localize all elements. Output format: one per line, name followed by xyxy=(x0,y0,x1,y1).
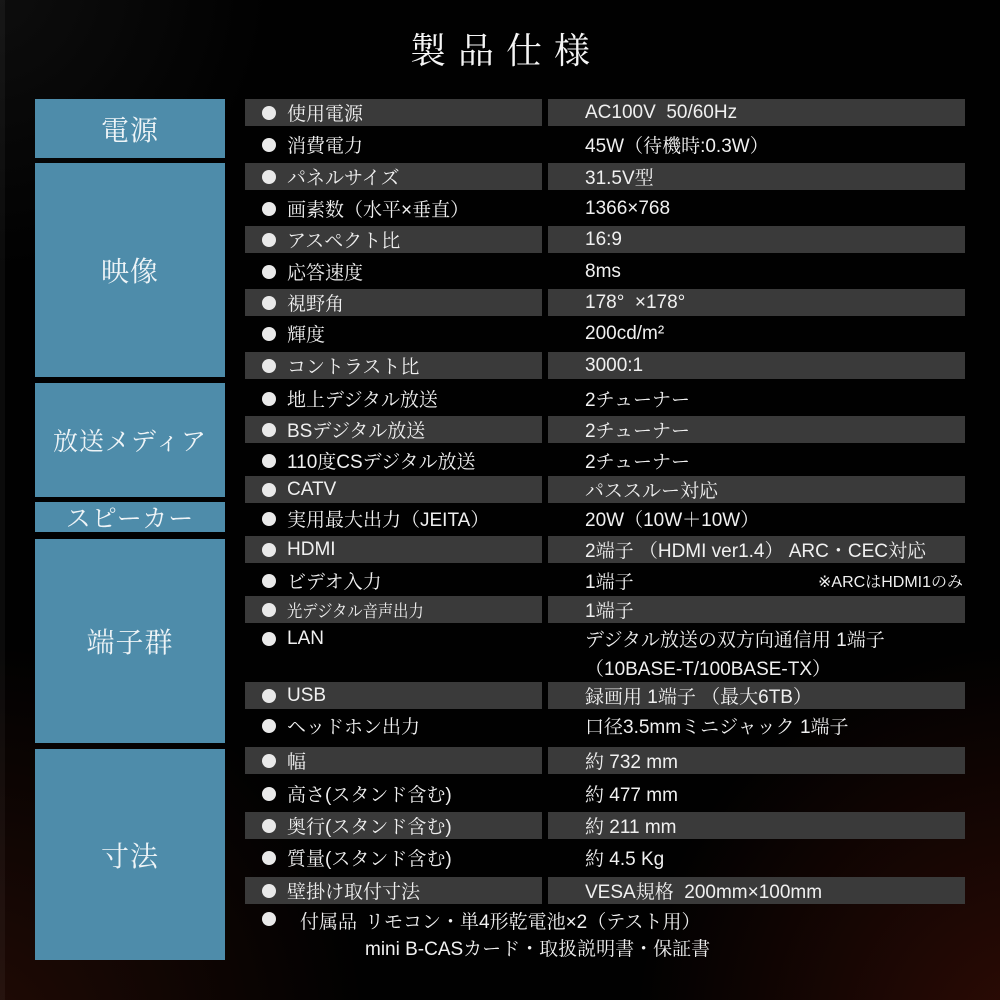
spec-row: USB録画用 1端子 （最大6TB） xyxy=(0,682,1000,709)
spec-label: BSデジタル放送 xyxy=(287,416,425,443)
spec-label-cell: パネルサイズ xyxy=(245,163,399,190)
spec-label-cell: 応答速度 xyxy=(245,258,363,285)
spec-row: 使用電源AC100V 50/60Hz xyxy=(0,99,1000,126)
spec-label-cell: 実用最大出力（JEITA） xyxy=(245,505,489,532)
spec-label: 光デジタル音声出力 xyxy=(287,597,424,622)
spec-row: アスペクト比16:9 xyxy=(0,226,1000,253)
spec-label: ビデオ入力 xyxy=(287,567,382,594)
spec-row: コントラスト比3000:1 xyxy=(0,352,1000,379)
accessory-row: 付属品 リモコン・単4形乾電池×2（テスト用） mini B-CASカード・取扱… xyxy=(0,906,1000,966)
spec-label-cell: 質量(スタンド含む) xyxy=(245,844,452,871)
spec-value: 約 477 mm xyxy=(585,780,678,807)
bullet-icon xyxy=(262,787,276,801)
bullet-icon xyxy=(262,483,276,497)
spec-value: 録画用 1端子 （最大6TB） xyxy=(585,682,812,709)
bullet-icon xyxy=(262,851,276,865)
spec-label: 110度CSデジタル放送 xyxy=(287,447,476,474)
spec-label: アスペクト比 xyxy=(287,226,400,253)
spec-note: ※ARCはHDMI1のみ xyxy=(818,567,963,594)
bullet-icon xyxy=(262,359,276,373)
bullet-icon xyxy=(262,138,276,152)
spec-row: ヘッドホン出力口径3.5mmミニジャック 1端子 xyxy=(0,712,1000,739)
spec-label-cell: 使用電源 xyxy=(245,99,363,126)
spec-row: 消費電力45W（待機時:0.3W） xyxy=(0,131,1000,158)
spec-value: 2チューナー xyxy=(585,447,690,474)
spec-row: パネルサイズ31.5V型 xyxy=(0,163,1000,190)
spec-value: AC100V 50/60Hz xyxy=(585,99,737,126)
spec-row: 高さ(スタンド含む)約 477 mm xyxy=(0,780,1000,807)
spec-label-cell: CATV xyxy=(245,476,336,503)
spec-value: 31.5V型 xyxy=(585,163,654,190)
bullet-icon xyxy=(262,423,276,437)
bullet-icon xyxy=(262,632,276,646)
spec-row: ビデオ入力1端子※ARCはHDMI1のみ xyxy=(0,567,1000,594)
spec-value: 45W（待機時:0.3W） xyxy=(585,131,769,158)
spec-row: 幅約 732 mm xyxy=(0,747,1000,774)
bullet-icon xyxy=(262,454,276,468)
spec-label: CATV xyxy=(287,479,336,501)
spec-value: デジタル放送の双方向通信用 1端子 xyxy=(585,625,885,652)
spec-label: 高さ(スタンド含む) xyxy=(287,780,452,807)
bullet-icon xyxy=(262,719,276,733)
spec-label: 質量(スタンド含む) xyxy=(287,844,452,871)
spec-row: 110度CSデジタル放送2チューナー xyxy=(0,447,1000,474)
spec-row: 奥行(スタンド含む)約 211 mm xyxy=(0,812,1000,839)
spec-row: 光デジタル音声出力1端子 xyxy=(0,596,1000,623)
spec-row: BSデジタル放送2チューナー xyxy=(0,416,1000,443)
bullet-icon xyxy=(262,106,276,120)
spec-value: 8ms xyxy=(585,258,621,285)
spec-value: 1端子 xyxy=(585,567,634,594)
spec-value: 2チューナー xyxy=(585,416,690,443)
spec-row: HDMI2端子 （HDMI ver1.4） ARC・CEC対応 xyxy=(0,536,1000,563)
spec-label: パネルサイズ xyxy=(287,163,399,190)
spec-label: 実用最大出力（JEITA） xyxy=(287,505,489,532)
spec-value: 約 732 mm xyxy=(585,747,678,774)
accessory-line1: リモコン・単4形乾電池×2（テスト用） xyxy=(365,907,700,934)
spec-value: 16:9 xyxy=(585,226,622,253)
spec-label-cell: USB xyxy=(245,682,326,709)
spec-value: 約 4.5 Kg xyxy=(585,844,664,871)
bullet-icon xyxy=(262,512,276,526)
spec-row: CATVパススルー対応 xyxy=(0,476,1000,503)
page-title: 製品仕様 xyxy=(0,28,1000,74)
spec-label-cell: 110度CSデジタル放送 xyxy=(245,447,476,474)
spec-value: 1端子 xyxy=(585,596,634,623)
spec-label: ヘッドホン出力 xyxy=(287,712,420,739)
spec-label: 使用電源 xyxy=(287,99,363,126)
spec-label: HDMI xyxy=(287,539,336,561)
bullet-icon xyxy=(262,819,276,833)
spec-row: 応答速度8ms xyxy=(0,258,1000,285)
spec-value: VESA規格 200mm×100mm xyxy=(585,877,822,904)
spec-label-cell: 輝度 xyxy=(245,320,325,347)
spec-label-cell: 視野角 xyxy=(245,289,344,316)
spec-label: 奥行(スタンド含む) xyxy=(287,812,452,839)
accessory-line2: mini B-CASカード・取扱説明書・保証書 xyxy=(365,934,710,961)
spec-label: 消費電力 xyxy=(287,131,363,158)
spec-value: 3000:1 xyxy=(585,352,643,379)
spec-label-cell: BSデジタル放送 xyxy=(245,416,425,443)
spec-value: 2チューナー xyxy=(585,385,690,412)
bullet-icon xyxy=(262,543,276,557)
spec-row: LANデジタル放送の双方向通信用 1端子（10BASE-T/100BASE-TX… xyxy=(0,625,1000,652)
bullet-icon xyxy=(262,265,276,279)
spec-row: 視野角178° ×178° xyxy=(0,289,1000,316)
accessory-label: 付属品 xyxy=(300,907,357,934)
spec-value: 約 211 mm xyxy=(585,812,677,839)
spec-label: 視野角 xyxy=(287,289,344,316)
spec-label: 幅 xyxy=(287,747,306,774)
spec-label-cell: 光デジタル音声出力 xyxy=(245,596,439,623)
spec-label-cell: 地上デジタル放送 xyxy=(245,385,438,412)
spec-value: パススルー対応 xyxy=(585,476,718,503)
bullet-icon xyxy=(262,912,276,926)
bullet-icon xyxy=(262,392,276,406)
bullet-icon xyxy=(262,689,276,703)
spec-row: 画素数（水平×垂直）1366×768 xyxy=(0,195,1000,222)
spec-sheet: 製品仕様 電源映像放送メディアスピーカー端子群寸法 使用電源AC100V 50/… xyxy=(0,0,1000,1000)
spec-label: USB xyxy=(287,685,326,707)
spec-row: 質量(スタンド含む)約 4.5 Kg xyxy=(0,844,1000,871)
spec-label: 応答速度 xyxy=(287,258,363,285)
spec-label: 地上デジタル放送 xyxy=(287,385,438,412)
spec-value-line2: （10BASE-T/100BASE-TX） xyxy=(585,654,831,681)
spec-label-cell: コントラスト比 xyxy=(245,352,419,379)
bullet-icon xyxy=(262,202,276,216)
spec-value: 200cd/m² xyxy=(585,320,664,347)
spec-value: 20W（10W＋10W） xyxy=(585,505,759,532)
spec-label: 画素数（水平×垂直） xyxy=(287,195,469,222)
bullet-icon xyxy=(262,170,276,184)
spec-label-cell: 画素数（水平×垂直） xyxy=(245,195,469,222)
spec-value: 1366×768 xyxy=(585,195,670,222)
bullet-icon xyxy=(262,233,276,247)
bullet-icon xyxy=(262,327,276,341)
bullet-icon xyxy=(262,884,276,898)
spec-row: 壁掛け取付寸法VESA規格 200mm×100mm xyxy=(0,877,1000,904)
spec-label: LAN xyxy=(287,628,324,650)
spec-label: 壁掛け取付寸法 xyxy=(287,877,420,904)
bullet-icon xyxy=(262,603,276,617)
spec-row: 輝度200cd/m² xyxy=(0,320,1000,347)
bullet-icon xyxy=(262,754,276,768)
spec-label-cell: 奥行(スタンド含む) xyxy=(245,812,452,839)
spec-label-cell: ビデオ入力 xyxy=(245,567,382,594)
spec-label-cell: LAN xyxy=(245,625,324,652)
spec-value: 口径3.5mmミニジャック 1端子 xyxy=(585,712,849,739)
spec-label: 輝度 xyxy=(287,320,325,347)
spec-label-cell: ヘッドホン出力 xyxy=(245,712,420,739)
spec-row: 地上デジタル放送2チューナー xyxy=(0,385,1000,412)
spec-label-cell: 高さ(スタンド含む) xyxy=(245,780,452,807)
spec-label-cell: 幅 xyxy=(245,747,306,774)
spec-label: コントラスト比 xyxy=(287,352,419,379)
bullet-icon xyxy=(262,574,276,588)
bullet-icon xyxy=(262,296,276,310)
spec-label-cell: アスペクト比 xyxy=(245,226,400,253)
spec-value: 2端子 （HDMI ver1.4） ARC・CEC対応 xyxy=(585,536,926,563)
spec-row: 実用最大出力（JEITA）20W（10W＋10W） xyxy=(0,505,1000,532)
spec-label-cell: HDMI xyxy=(245,536,336,563)
spec-label-cell: 壁掛け取付寸法 xyxy=(245,877,420,904)
spec-label-cell: 消費電力 xyxy=(245,131,363,158)
spec-value: 178° ×178° xyxy=(585,289,685,316)
